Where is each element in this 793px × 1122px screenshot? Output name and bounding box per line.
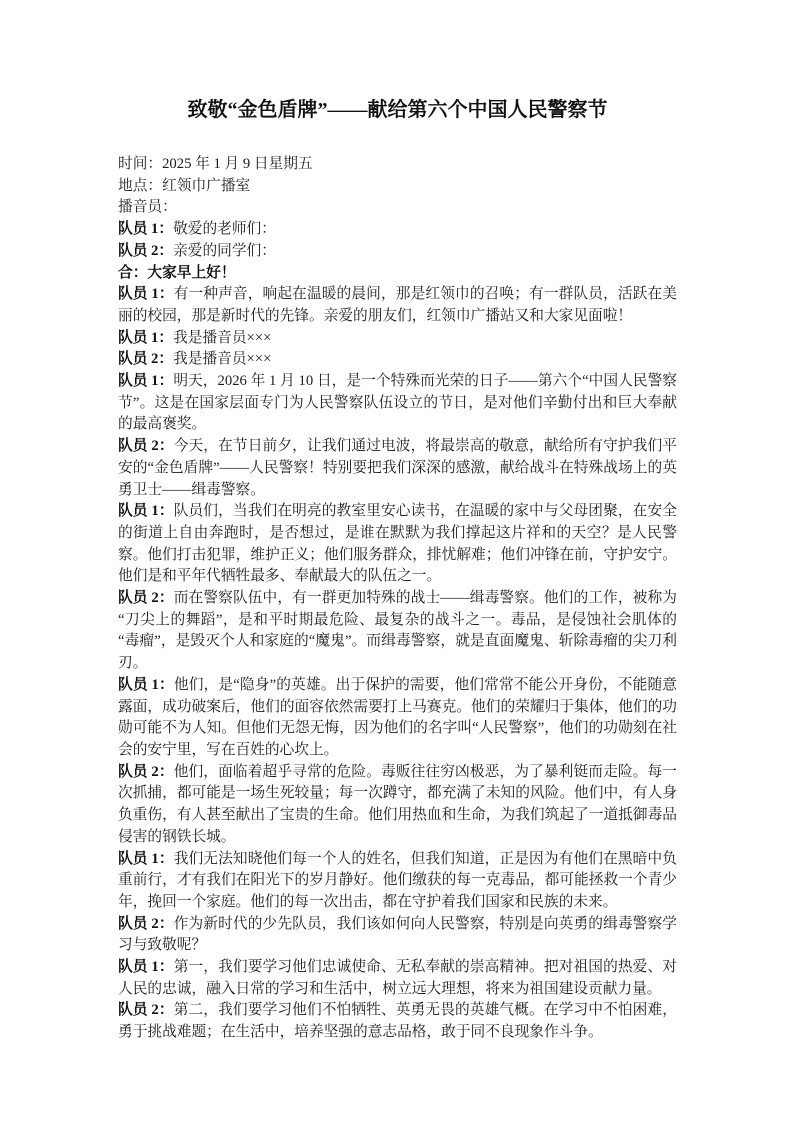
paragraph-text: 我们无法知晓他们每一个人的姓名，但我们知道，正是因为有他们在黑暗中负重前行，才有… (118, 851, 677, 910)
paragraph: 队员 1：我是播音员××× (118, 328, 677, 350)
document-page: 致敬“金色盾牌”——献给第六个中国人民警察节 时间：2025 年 1 月 9 日… (0, 0, 793, 1122)
paragraph: 时间：2025 年 1 月 9 日星期五 (118, 154, 677, 176)
paragraph-text: 亲爱的同学们： (173, 243, 276, 259)
paragraph: 队员 1：有一种声音，响起在温暖的晨间，那是红领巾的召唤；有一群队员，活跃在美丽… (118, 284, 677, 327)
speaker-label: 队员 1： (118, 503, 174, 519)
paragraph-text: 我是播音员××× (173, 330, 271, 346)
paragraph-text: 敬爱的老师们： (173, 221, 276, 237)
paragraph-text: 队员们，当我们在明亮的教室里安心读书，在温暖的家中与父母团聚，在安全的街道上自由… (118, 503, 677, 584)
paragraph-text: 明天，2026 年 1 月 10 日，是一个特殊而光荣的日子——第六个“中国人民… (118, 373, 677, 432)
paragraph-text: 作为新时代的少先队员，我们该如何向人民警察，特别是向英勇的缉毒警察学习与致敬呢？ (118, 916, 677, 954)
paragraph: 播音员： (118, 197, 677, 219)
speaker-label: 队员 2： (118, 351, 173, 367)
speaker-label: 队员 2： (118, 764, 174, 780)
paragraph: 队员 2：今天，在节日前夕，让我们通过电波，将最崇高的敬意，献给所有守护我们平安… (118, 436, 677, 501)
paragraph: 地点：红领巾广播室 (118, 176, 677, 198)
paragraph: 合：大家早上好！ (118, 263, 677, 285)
paragraph: 队员 2：作为新时代的少先队员，我们该如何向人民警察，特别是向英勇的缉毒警察学习… (118, 914, 677, 957)
paragraph-text: 他们，面临着超乎寻常的危险。毒贩往往穷凶极恶，为了暴利铤而走险。每一次抓捕，都可… (118, 764, 677, 845)
document-title: 致敬“金色盾牌”——献给第六个中国人民警察节 (118, 96, 677, 124)
paragraph-text: 我是播音员××× (173, 351, 271, 367)
paragraph-text: 第一，我们要学习他们忠诚使命、无私奉献的崇高精神。把对祖国的热爱、对人民的忠诚，… (118, 959, 677, 997)
speaker-label: 合：大家早上好！ (118, 265, 236, 281)
paragraph-text: 播音员： (118, 199, 177, 215)
speaker-label: 队员 1： (118, 677, 174, 693)
speaker-label: 队员 2： (118, 1002, 174, 1018)
speaker-label: 队员 2： (118, 243, 173, 259)
paragraph: 队员 1：队员们，当我们在明亮的教室里安心读书，在温暖的家中与父母团聚，在安全的… (118, 501, 677, 588)
paragraph-text: 地点：红领巾广播室 (118, 178, 250, 194)
speaker-label: 队员 1： (118, 286, 174, 302)
paragraph: 队员 1：明天，2026 年 1 月 10 日，是一个特殊而光荣的日子——第六个… (118, 371, 677, 436)
speaker-label: 队员 1： (118, 851, 174, 867)
paragraph-text: 他们，是“隐身”的英雄。出于保护的需要，他们常常不能公开身份，不能随意露面，成功… (118, 677, 677, 758)
speaker-label: 队员 1： (118, 330, 173, 346)
speaker-label: 队员 2： (118, 438, 174, 454)
speaker-label: 队员 1： (118, 959, 174, 975)
paragraph: 队员 1：我们无法知晓他们每一个人的姓名，但我们知道，正是因为有他们在黑暗中负重… (118, 849, 677, 914)
document-body: 时间：2025 年 1 月 9 日星期五地点：红领巾广播室播音员：队员 1：敬爱… (118, 154, 677, 1044)
speaker-label: 队员 1： (118, 221, 173, 237)
paragraph: 队员 2：他们，面临着超乎寻常的危险。毒贩往往穷凶极恶，为了暴利铤而走险。每一次… (118, 762, 677, 849)
paragraph: 队员 2：亲爱的同学们： (118, 241, 677, 263)
paragraph: 队员 1：他们，是“隐身”的英雄。出于保护的需要，他们常常不能公开身份，不能随意… (118, 675, 677, 762)
paragraph-text: 而在警察队伍中，有一群更加特殊的战士——缉毒警察。他们的工作，被称为“刀尖上的舞… (118, 590, 677, 671)
speaker-label: 队员 2： (118, 916, 174, 932)
paragraph-text: 时间：2025 年 1 月 9 日星期五 (118, 156, 313, 172)
paragraph: 队员 2：我是播音员××× (118, 349, 677, 371)
paragraph-text: 第二，我们要学习他们不怕牺牲、英勇无畏的英雄气概。在学习中不怕困难，勇于挑战难题… (118, 1002, 677, 1040)
speaker-label: 队员 1： (118, 373, 173, 389)
paragraph: 队员 1：敬爱的老师们： (118, 219, 677, 241)
paragraph-text: 有一种声音，响起在温暖的晨间，那是红领巾的召唤；有一群队员，活跃在美丽的校园，那… (118, 286, 677, 324)
paragraph-text: 今天，在节日前夕，让我们通过电波，将最崇高的敬意，献给所有守护我们平安的“金色盾… (118, 438, 677, 497)
paragraph: 队员 2：第二，我们要学习他们不怕牺牲、英勇无畏的英雄气概。在学习中不怕困难，勇… (118, 1000, 677, 1043)
paragraph: 队员 2：而在警察队伍中，有一群更加特殊的战士——缉毒警察。他们的工作，被称为“… (118, 588, 677, 675)
speaker-label: 队员 2： (118, 590, 174, 606)
paragraph: 队员 1：第一，我们要学习他们忠诚使命、无私奉献的崇高精神。把对祖国的热爱、对人… (118, 957, 677, 1000)
